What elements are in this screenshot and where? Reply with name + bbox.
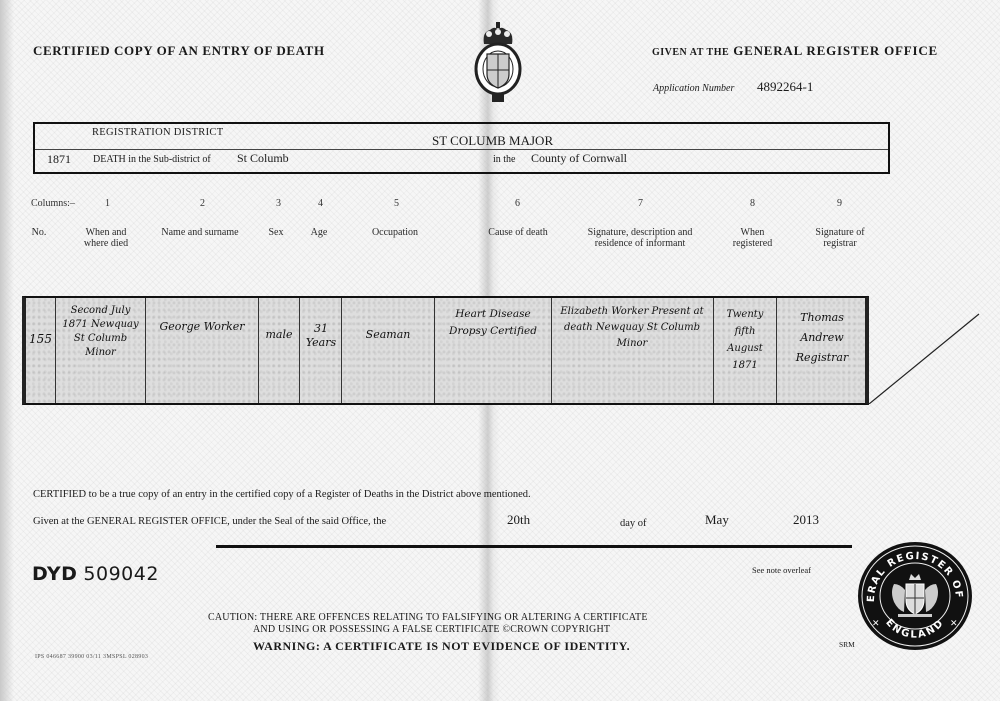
column-header-cause: Cause of death bbox=[478, 227, 558, 238]
certificate-title: CERTIFIED COPY OF AN ENTRY OF DEATH bbox=[33, 43, 325, 59]
column-number-3: 3 bbox=[276, 198, 281, 209]
left-edge-shadow bbox=[0, 0, 14, 701]
county-label: in the bbox=[493, 154, 516, 165]
column-number-9: 9 bbox=[837, 198, 842, 209]
certification-statement: CERTIFIED to be a true copy of an entry … bbox=[33, 489, 531, 500]
certification-given-at: Given at the GENERAL REGISTER OFFICE, un… bbox=[33, 516, 386, 527]
certificate-serial-number: DYD509042 bbox=[32, 563, 159, 585]
subdistrict-label: DEATH in the Sub-district of bbox=[93, 154, 211, 165]
column-number-8: 8 bbox=[750, 198, 755, 209]
certification-day-of-label: day of bbox=[620, 518, 647, 529]
entry-when-where-died: Second July 1871 Newquay St Columb Minor bbox=[58, 304, 143, 399]
application-number-label: Application Number bbox=[653, 83, 734, 94]
entry-registrar-signature: Thomas Andrew Registrar bbox=[779, 308, 865, 399]
certification-year: 2013 bbox=[793, 512, 819, 528]
entry-cause-of-death: Heart Disease Dropsy Certified bbox=[438, 306, 548, 399]
subdistrict: St Columb bbox=[237, 151, 289, 166]
columns-label: Columns:– bbox=[31, 198, 75, 209]
column-header-occupation: Occupation bbox=[360, 227, 430, 238]
column-number-4: 4 bbox=[318, 198, 323, 209]
signature-rule bbox=[216, 545, 852, 548]
caution-line-2: AND USING OR POSSESSING A FALSE CERTIFIC… bbox=[253, 624, 610, 635]
registration-district-label: REGISTRATION DISTRICT bbox=[92, 127, 223, 138]
column-header-name: Name and surname bbox=[150, 227, 250, 238]
column-header-when-registered: When registered bbox=[725, 227, 780, 249]
identity-warning: WARNING: A CERTIFICATE IS NOT EVIDENCE O… bbox=[253, 639, 630, 654]
caution-line-1: CAUTION: THERE ARE OFFENCES RELATING TO … bbox=[208, 612, 648, 623]
column-header-when-where: When and where died bbox=[76, 227, 136, 249]
registration-district: ST COLUMB MAJOR bbox=[432, 133, 553, 149]
registration-year: 1871 bbox=[47, 152, 71, 167]
column-header-age: Age bbox=[303, 227, 335, 238]
entry-when-registered: Twenty fifth August 1871 bbox=[716, 306, 774, 399]
column-header-sex: Sex bbox=[260, 227, 292, 238]
certification-month: May bbox=[705, 512, 729, 528]
cancellation-diagonal-line bbox=[869, 312, 981, 404]
entry-occupation: Seaman bbox=[344, 328, 432, 399]
issuing-office-title: GIVEN AT THE GENERAL REGISTER OFFICE bbox=[652, 43, 938, 59]
death-entry-row: 155 Second July 1871 Newquay St Columb M… bbox=[22, 296, 869, 405]
column-number-2: 2 bbox=[200, 198, 205, 209]
entry-name: George Worker bbox=[148, 320, 256, 399]
svg-text:✕: ✕ bbox=[872, 619, 880, 629]
print-code: IPS 046687 39900 03/11 3MSPSL 028903 bbox=[35, 654, 148, 660]
district-divider bbox=[35, 149, 888, 150]
entry-sex: male bbox=[260, 328, 298, 399]
column-header-registrar: Signature of registrar bbox=[806, 227, 874, 249]
entry-number: 155 bbox=[26, 332, 55, 399]
column-number-5: 5 bbox=[394, 198, 399, 209]
see-note-overleaf: See note overleaf bbox=[752, 565, 811, 575]
serial-number: 509042 bbox=[83, 563, 159, 585]
column-number-1: 1 bbox=[105, 198, 110, 209]
column-header-no: No. bbox=[24, 227, 54, 238]
entry-age: 31 Years bbox=[302, 322, 340, 399]
royal-crest-icon bbox=[472, 22, 524, 104]
column-header-informant: Signature, description and residence of … bbox=[580, 227, 700, 249]
issuing-office-prefix: GIVEN AT THE bbox=[652, 47, 729, 58]
county: County of Cornwall bbox=[531, 151, 627, 166]
column-number-6: 6 bbox=[515, 198, 520, 209]
certificate-page: CERTIFIED COPY OF AN ENTRY OF DEATH GIVE… bbox=[0, 0, 1000, 701]
svg-text:✕: ✕ bbox=[950, 619, 958, 629]
general-register-office-seal-icon: GENERAL REGISTER OFFICE ENGLAND ✕ ✕ bbox=[856, 540, 974, 652]
issuer-initials: SRM bbox=[839, 640, 855, 649]
application-number: 4892264-1 bbox=[757, 79, 813, 95]
issuing-office-name: GENERAL REGISTER OFFICE bbox=[733, 43, 938, 58]
serial-prefix: DYD bbox=[32, 563, 77, 585]
entry-informant: Elizabeth Worker Present at death Newqua… bbox=[554, 304, 710, 399]
column-number-7: 7 bbox=[638, 198, 643, 209]
certification-day: 20th bbox=[507, 512, 530, 528]
